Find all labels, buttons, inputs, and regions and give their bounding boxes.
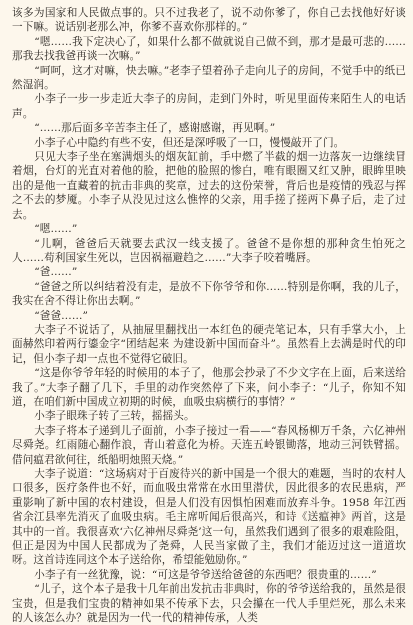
paragraph: 小李子眼珠子转了三转，摇摇头。 (12, 409, 406, 423)
paragraph: “爸爸之所以纠结着没有走，是放不下你爷爷和你……特别是你啊，我的儿子，我实在舍不… (12, 280, 406, 309)
document-page: 该多为国家和人民做点事的。只不过我老了，说不动你爹了，你自己去找他好好谈一下嘛。… (12, 6, 406, 440)
paragraph: “嗯……” (12, 222, 406, 236)
paragraph: “这是你爷爷年轻的时候用的本子了，他那会抄录了不少文字在上面，后来送给我了。”大… (12, 366, 406, 409)
paragraph: 大李子不说话了，从抽屉里翻找出一本红色的硬壳笔记本，只有手掌大小，上面赫然印着两… (12, 323, 406, 366)
paragraph: “嗯……我下定决心了，如果什么都不做就说自己做不到，那才是最可悲的……那我去找我… (12, 35, 406, 64)
paragraph: 该多为国家和人民做点事的。只不过我老了，说不动你爹了，你自己去找他好好谈一下嘛。… (12, 6, 406, 35)
paragraph: “爸……” (12, 265, 406, 279)
paragraph: “……那后面多辛苦李主任了，感谢感谢，再见啊。” (12, 121, 406, 135)
paragraph: 小李子心中隐约有些不安，但还是深呼吸了一口，慢慢敲开了门。 (12, 136, 406, 150)
paragraph: 小李子一步一步走近大李子的房间，走到门外时，听见里面传来陌生人的电话声。 (12, 92, 406, 121)
paragraph: 大李子将本子递到儿子面前，小李子接过一看——“春风杨柳万千条，六亿神州尽舜尧。红… (12, 424, 406, 440)
paragraph: “儿啊，爸爸后天就要去武汉一线支援了。爸爸不是你想的那种贪生怕死之人……苟利国家… (12, 237, 406, 266)
paragraph: “呵呵，这才对嘛，快去嘛。”老李子望着孙子走向儿子的房间，不觉手中的纸已然湿润。 (12, 64, 406, 93)
paragraph: 只见大李子坐在塞满烟头的烟灰缸前，手中燃了半截的烟一边落灰一边继续冒着烟，台灯的… (12, 150, 406, 222)
paragraph: “爸爸……” (12, 309, 406, 323)
